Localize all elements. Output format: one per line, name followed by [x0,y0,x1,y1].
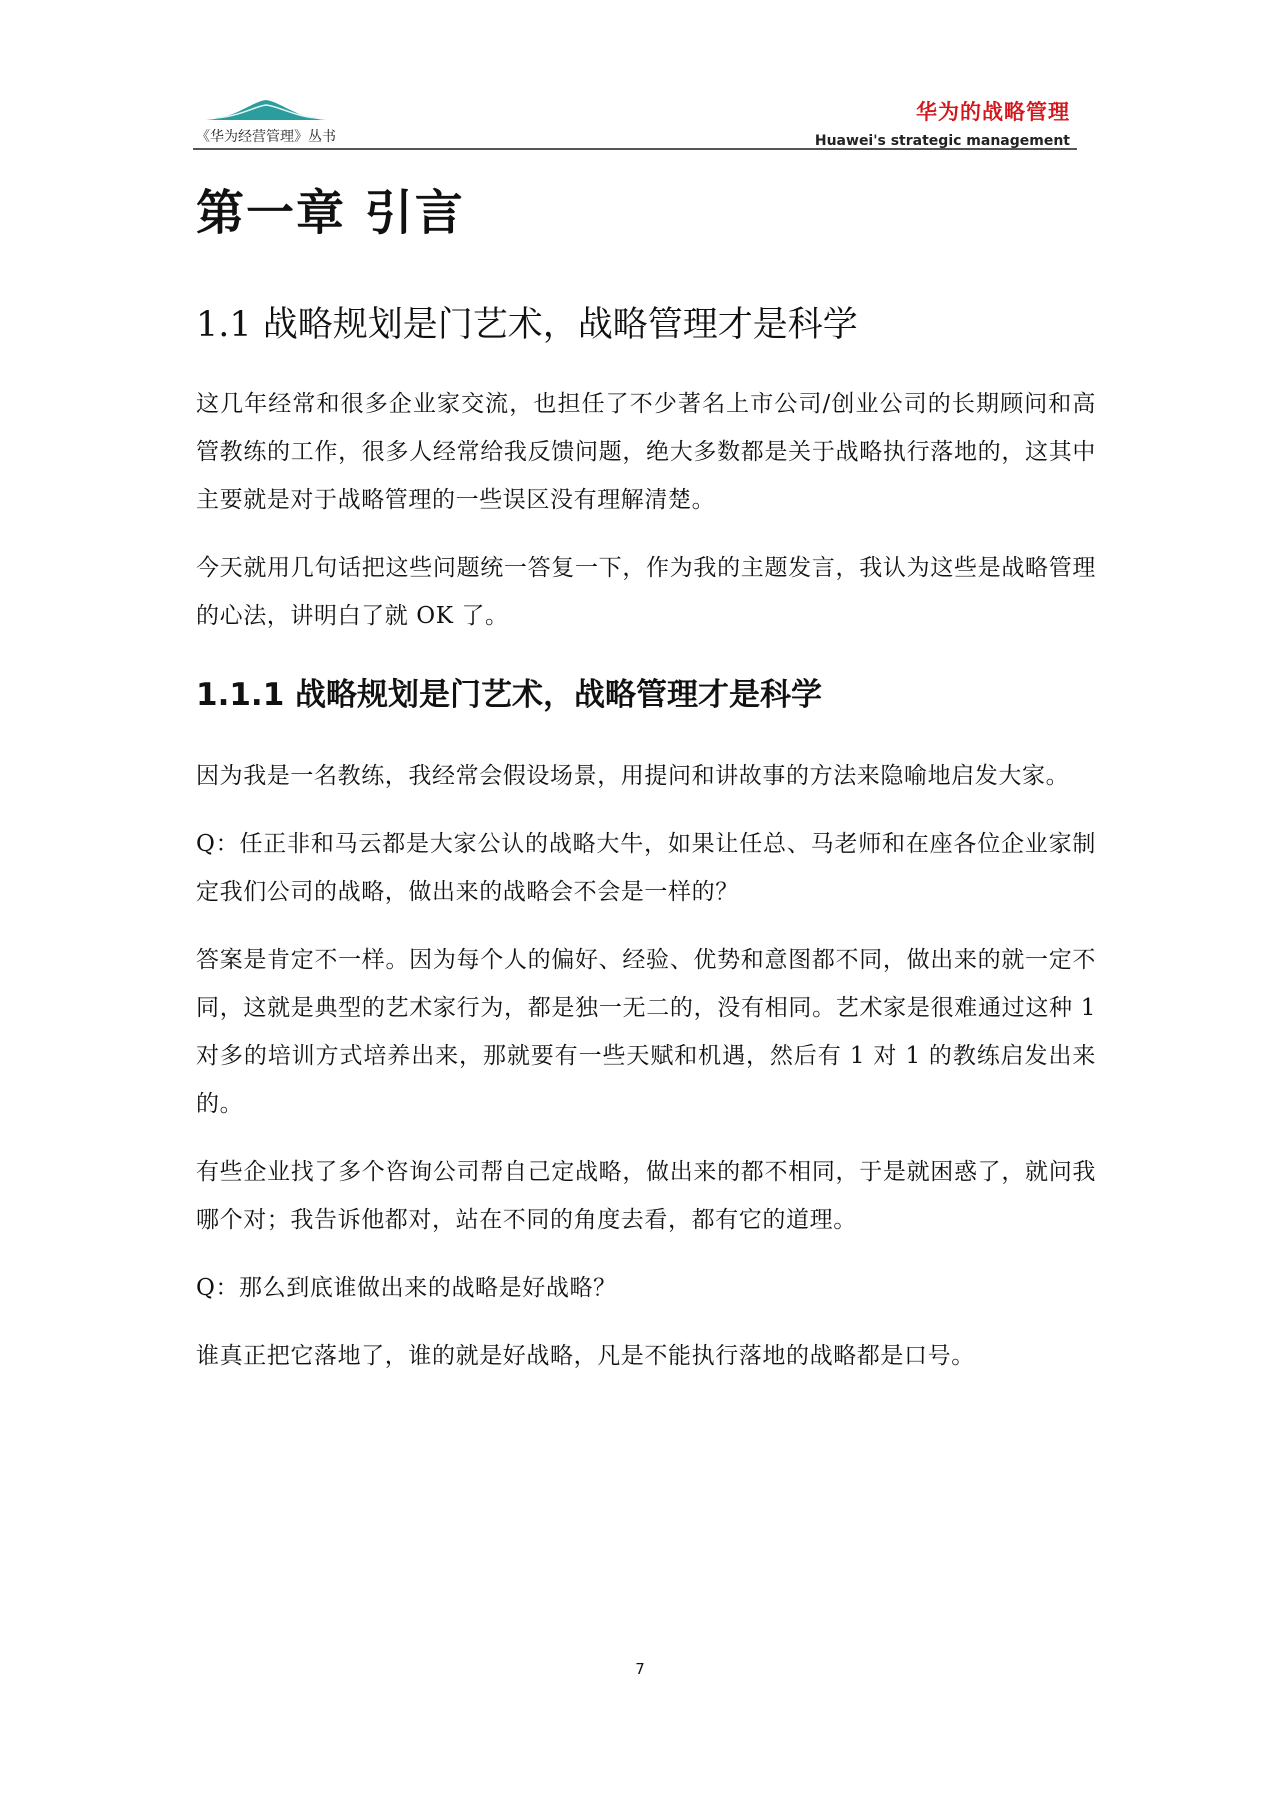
question: Q：那么到底谁做出来的战略是好战略？ [196,1264,1096,1312]
brand-title-cn: 华为的战略管理 [815,96,1070,126]
header-divider [193,148,1077,150]
section-title: 1.1 战略规划是门艺术，战略管理才是科学 [196,300,1096,350]
brand-title-en: Huawei's strategic management [815,133,1070,149]
paragraph: 谁真正把它落地了，谁的就是好战略，凡是不能执行落地的战略都是口号。 [196,1332,1096,1380]
header-right: 华为的战略管理 Huawei's strategic management [815,96,1070,149]
mountain-logo-icon [206,98,326,122]
paragraph: 今天就用几句话把这些问题统一答复一下，作为我的主题发言，我认为这些是战略管理的心… [196,544,1096,640]
paragraph: 因为我是一名教练，我经常会假设场景，用提问和讲故事的方法来隐喻地启发大家。 [196,752,1096,800]
paragraph: 这几年经常和很多企业家交流，也担任了不少著名上市公司/创业公司的长期顾问和高管教… [196,380,1096,524]
question: Q：任正非和马云都是大家公认的战略大牛，如果让任总、马老师和在座各位企业家制定我… [196,820,1096,916]
page-content: 第一章 引言 1.1 战略规划是门艺术，战略管理才是科学 这几年经常和很多企业家… [196,178,1096,1380]
paragraph: 有些企业找了多个咨询公司帮自己定战略，做出来的都不相同，于是就困惑了，就问我哪个… [196,1148,1096,1244]
subsection-title: 1.1.1 战略规划是门艺术，战略管理才是科学 [196,670,1096,720]
series-label: 《华为经营管理》丛书 [196,126,336,146]
paragraph: 答案是肯定不一样。因为每个人的偏好、经验、优势和意图都不同，做出来的就一定不同，… [196,936,1096,1128]
chapter-title: 第一章 引言 [196,178,1096,248]
page-number: 7 [0,1660,1280,1678]
